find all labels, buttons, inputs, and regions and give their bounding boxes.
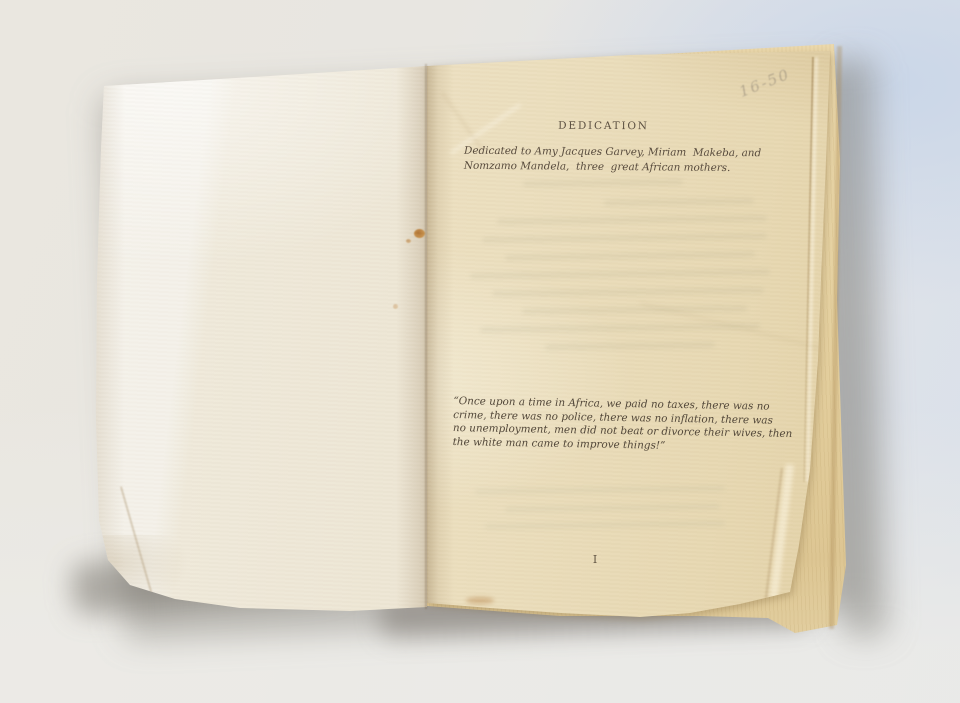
dedication-heading: DEDICATION [521, 120, 686, 133]
dedication-text: Dedicated to Amy Jacques Garvey, Miriam … [464, 144, 761, 177]
epigraph-quote: “Once upon a time in Africa, we paid no … [453, 395, 793, 456]
right-page-gutter-shading [427, 58, 454, 610]
right-page-wrapper: DEDICATION Dedicated to Amy Jacques Garv… [0, 0, 960, 703]
page-number: I [588, 553, 602, 566]
book-photo: DEDICATION Dedicated to Amy Jacques Garv… [0, 0, 960, 703]
book-gutter [425, 64, 427, 609]
foxing-stain [466, 597, 494, 604]
dedication-page: DEDICATION Dedicated to Amy Jacques Garv… [0, 0, 960, 703]
dedication-line: Nomzamo Mandela, three great African mot… [464, 159, 761, 177]
